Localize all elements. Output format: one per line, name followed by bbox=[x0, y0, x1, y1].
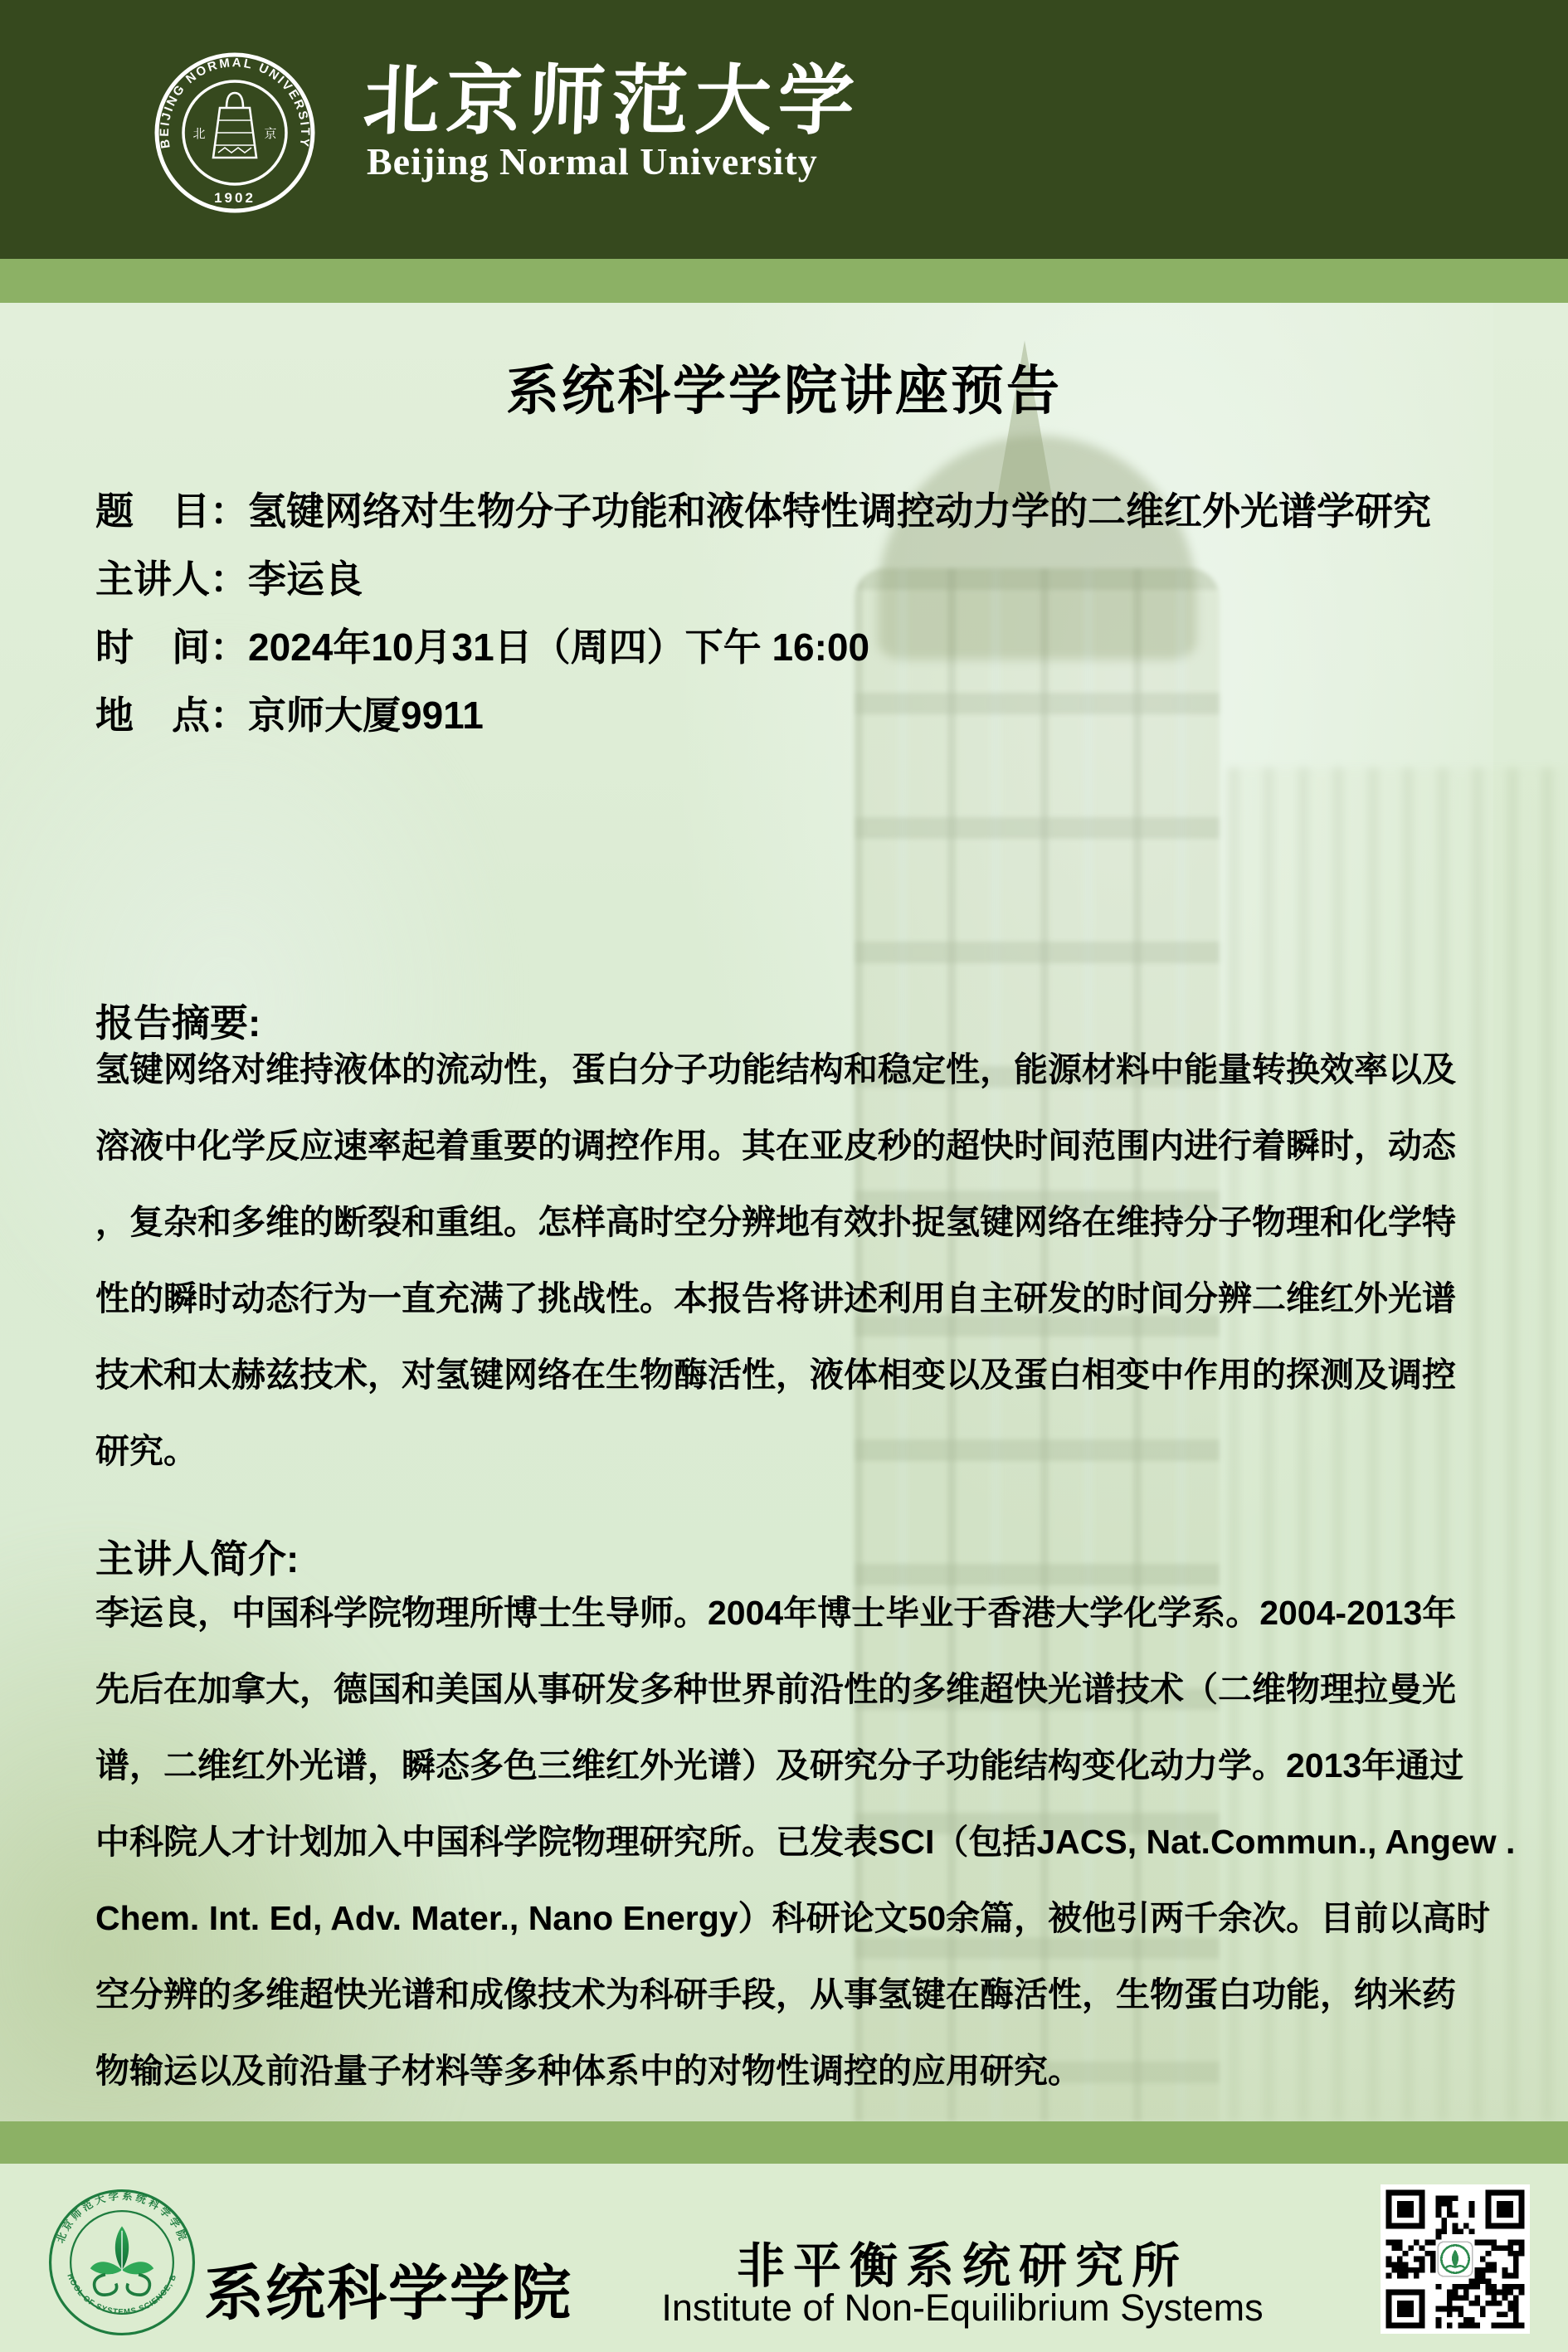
sss-seal-leaf-icon bbox=[90, 2226, 153, 2295]
abstract-line: ，复杂和多维的断裂和重组。怎样高时空分辨地有效扑捉氢键网络在维持分子物理和化学特 bbox=[95, 1184, 1506, 1260]
bnu-seal-char-left: 北 bbox=[192, 127, 205, 141]
detail-label: 主讲人： bbox=[95, 558, 248, 601]
bnu-seal-char-right: 京 bbox=[264, 127, 276, 141]
detail-label: 地 点： bbox=[95, 694, 248, 737]
bio-line: Chem. Int. Ed, Adv. Mater., Nano Energy）… bbox=[95, 1880, 1506, 1956]
school-of-systems-science-seal-icon: 北京师范大学系统科学学院 SCHOOL OF SYSTEMS SCIENCE, … bbox=[46, 2187, 197, 2338]
bio-paragraph: 李运良，中国科学院物理所博士生导师。2004年博士毕业于香港大学化学系。2004… bbox=[95, 1575, 1506, 2109]
abstract-line: 氢键网络对维持液体的流动性，蛋白分子功能结构和稳定性，能源材料中能量转换效率以及 bbox=[95, 1031, 1506, 1108]
abstract-line: 溶液中化学反应速率起着重要的调控作用。其在亚皮秒的超快时间范围内进行着瞬时，动态 bbox=[95, 1108, 1506, 1184]
abstract-line: 技术和太赫兹技术，对氢键网络在生物酶活性，液体相变以及蛋白相变中作用的探测及调控 bbox=[95, 1337, 1506, 1413]
detail-label: 题 目： bbox=[95, 489, 248, 533]
bio-line: 空分辨的多维超快光谱和成像技术为科研手段，从事氢键在酶活性，生物蛋白功能，纳米药 bbox=[95, 1956, 1506, 2033]
qr-code-icon bbox=[1381, 2184, 1530, 2334]
bio-line: 先后在加拿大，德国和美国从事研发多种世界前沿性的多维超快光谱技术（二维物理拉曼光 bbox=[95, 1651, 1506, 1727]
institute-block: 非平衡系统研究所 Institute of Non-Equilibrium Sy… bbox=[647, 2164, 1278, 2352]
detail-row-speaker: 主讲人：李运良 bbox=[95, 545, 1506, 613]
abstract-line: 性的瞬时动态行为一直充满了挑战性。本报告将讲述利用自主研发的时间分辨二维红外光谱 bbox=[95, 1260, 1506, 1337]
divider-band-bottom bbox=[0, 2121, 1568, 2164]
main-content: 系统科学学院讲座预告 题 目：氢键网络对生物分子功能和液体特性调控动力学的二维红… bbox=[0, 303, 1568, 2121]
institute-name-en: Institute of Non-Equilibrium Systems bbox=[647, 2286, 1278, 2330]
footer: 北京师范大学系统科学学院 SCHOOL OF SYSTEMS SCIENCE, … bbox=[0, 2164, 1568, 2352]
detail-value: 氢键网络对生物分子功能和液体特性调控动力学的二维红外光谱学研究 bbox=[248, 489, 1431, 533]
bio-line: 物输运以及前沿量子材料等多种体系中的对物性调控的应用研究。 bbox=[95, 2033, 1506, 2109]
bnu-seal-ring-text: BEIJING NORMAL UNIVERSITY bbox=[158, 56, 312, 149]
bnu-seal-bell-icon bbox=[213, 93, 256, 158]
header: BEIJING NORMAL UNIVERSITY 1902 北 京 北京师范大… bbox=[0, 0, 1568, 259]
svg-text:BEIJING NORMAL UNIVERSITY: BEIJING NORMAL UNIVERSITY bbox=[158, 56, 312, 149]
abstract-paragraph: 氢键网络对维持液体的流动性，蛋白分子功能结构和稳定性，能源材料中能量转换效率以及… bbox=[95, 1031, 1506, 1489]
university-name-cn: 北京师范大学 bbox=[362, 40, 864, 149]
bio-line: 李运良，中国科学院物理所博士生导师。2004年博士毕业于香港大学化学系。2004… bbox=[95, 1575, 1506, 1651]
detail-value: 李运良 bbox=[248, 558, 363, 601]
page-title: 系统科学学院讲座预告 bbox=[0, 348, 1568, 425]
lecture-details: 题 目：氢键网络对生物分子功能和液体特性调控动力学的二维红外光谱学研究 主讲人：… bbox=[95, 477, 1506, 749]
divider-band-top bbox=[0, 259, 1568, 303]
detail-row-topic: 题 目：氢键网络对生物分子功能和液体特性调控动力学的二维红外光谱学研究 bbox=[95, 477, 1506, 545]
lecture-poster: BEIJING NORMAL UNIVERSITY 1902 北 京 北京师范大… bbox=[0, 0, 1568, 2352]
university-name-en: Beijing Normal University bbox=[367, 139, 818, 183]
bio-line: 中科院人才计划加入中国科学院物理研究所。已发表SCI（包括JACS, Nat.C… bbox=[95, 1804, 1506, 1880]
detail-row-location: 地 点：京师大厦9911 bbox=[95, 681, 1506, 749]
bio-line: 谱，二维红外光谱，瞬态多色三维红外光谱）及研究分子功能结构变化动力学。2013年… bbox=[95, 1727, 1506, 1804]
abstract-line: 研究。 bbox=[95, 1413, 1506, 1489]
bnu-university-seal-icon: BEIJING NORMAL UNIVERSITY 1902 北 京 bbox=[152, 50, 318, 216]
bnu-seal-year: 1902 bbox=[214, 190, 256, 206]
detail-label: 时 间： bbox=[95, 626, 248, 669]
detail-value: 京师大厦9911 bbox=[248, 694, 484, 737]
school-name: 系统科学学院 bbox=[204, 2245, 572, 2331]
detail-value: 2024年10月31日（周四）下午 16:00 bbox=[248, 626, 869, 669]
detail-row-time: 时 间：2024年10月31日（周四）下午 16:00 bbox=[95, 613, 1506, 681]
